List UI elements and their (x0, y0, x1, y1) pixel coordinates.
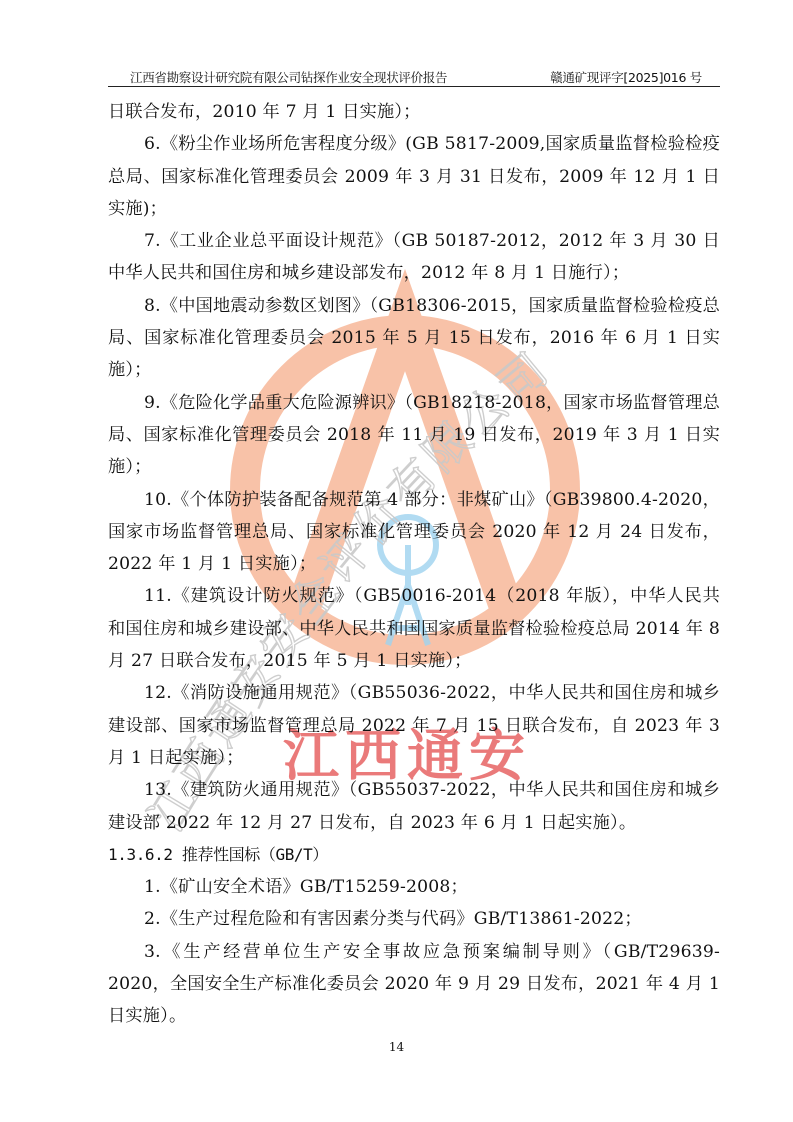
section-heading: 1.3.6.2 推荐性国标（GB/T） (108, 839, 720, 871)
reference-paragraph: 7.《工业企业总平面设计规范》（GB 50187-2012，2012 年 3 月… (108, 225, 720, 290)
page-number: 14 (0, 1040, 793, 1054)
reference-paragraph: 10.《个体防护装备配备规范第 4 部分：非煤矿山》（GB39800.4-202… (108, 484, 720, 581)
reference-paragraph: 11.《建筑设计防火规范》（GB50016-2014（2018 年版），中华人民… (108, 580, 720, 677)
reference-paragraph: 12.《消防设施通用规范》（GB55036-2022，中华人民共和国住房和城乡建… (108, 677, 720, 774)
header-report-number: 赣通矿现评字[2025]016 号 (550, 68, 702, 86)
page-header: 江西省勘察设计研究院有限公司钻探作业安全现状评价报告 赣通矿现评字[2025]0… (108, 66, 720, 87)
header-report-title: 江西省勘察设计研究院有限公司钻探作业安全现状评价报告 (130, 68, 447, 86)
reference-paragraph: 1.《矿山安全术语》GB/T15259-2008； (108, 871, 720, 903)
reference-paragraph: 3.《生产经营单位生产安全事故应急预案编制导则》（GB/T29639-2020，… (108, 936, 720, 1033)
reference-paragraph: 9.《危险化学品重大危险源辨识》（GB18218-2018，国家市场监督管理总局… (108, 387, 720, 484)
reference-paragraph: 13.《建筑防火通用规范》（GB55037-2022，中华人民共和国住房和城乡建… (108, 774, 720, 839)
reference-paragraph: 6.《粉尘作业场所危害程度分级》(GB 5817-2009,国家质量监督检验检疫… (108, 128, 720, 225)
reference-paragraph: 2.《生产过程危险和有害因素分类与代码》GB/T13861-2022； (108, 903, 720, 935)
document-body: 日联合发布，2010 年 7 月 1 日实施）；6.《粉尘作业场所危害程度分级》… (108, 96, 720, 1033)
reference-paragraph: 日联合发布，2010 年 7 月 1 日实施）； (108, 96, 720, 128)
reference-paragraph: 8.《中国地震动参数区划图》（GB18306-2015，国家质量监督检验检疫总局… (108, 290, 720, 387)
